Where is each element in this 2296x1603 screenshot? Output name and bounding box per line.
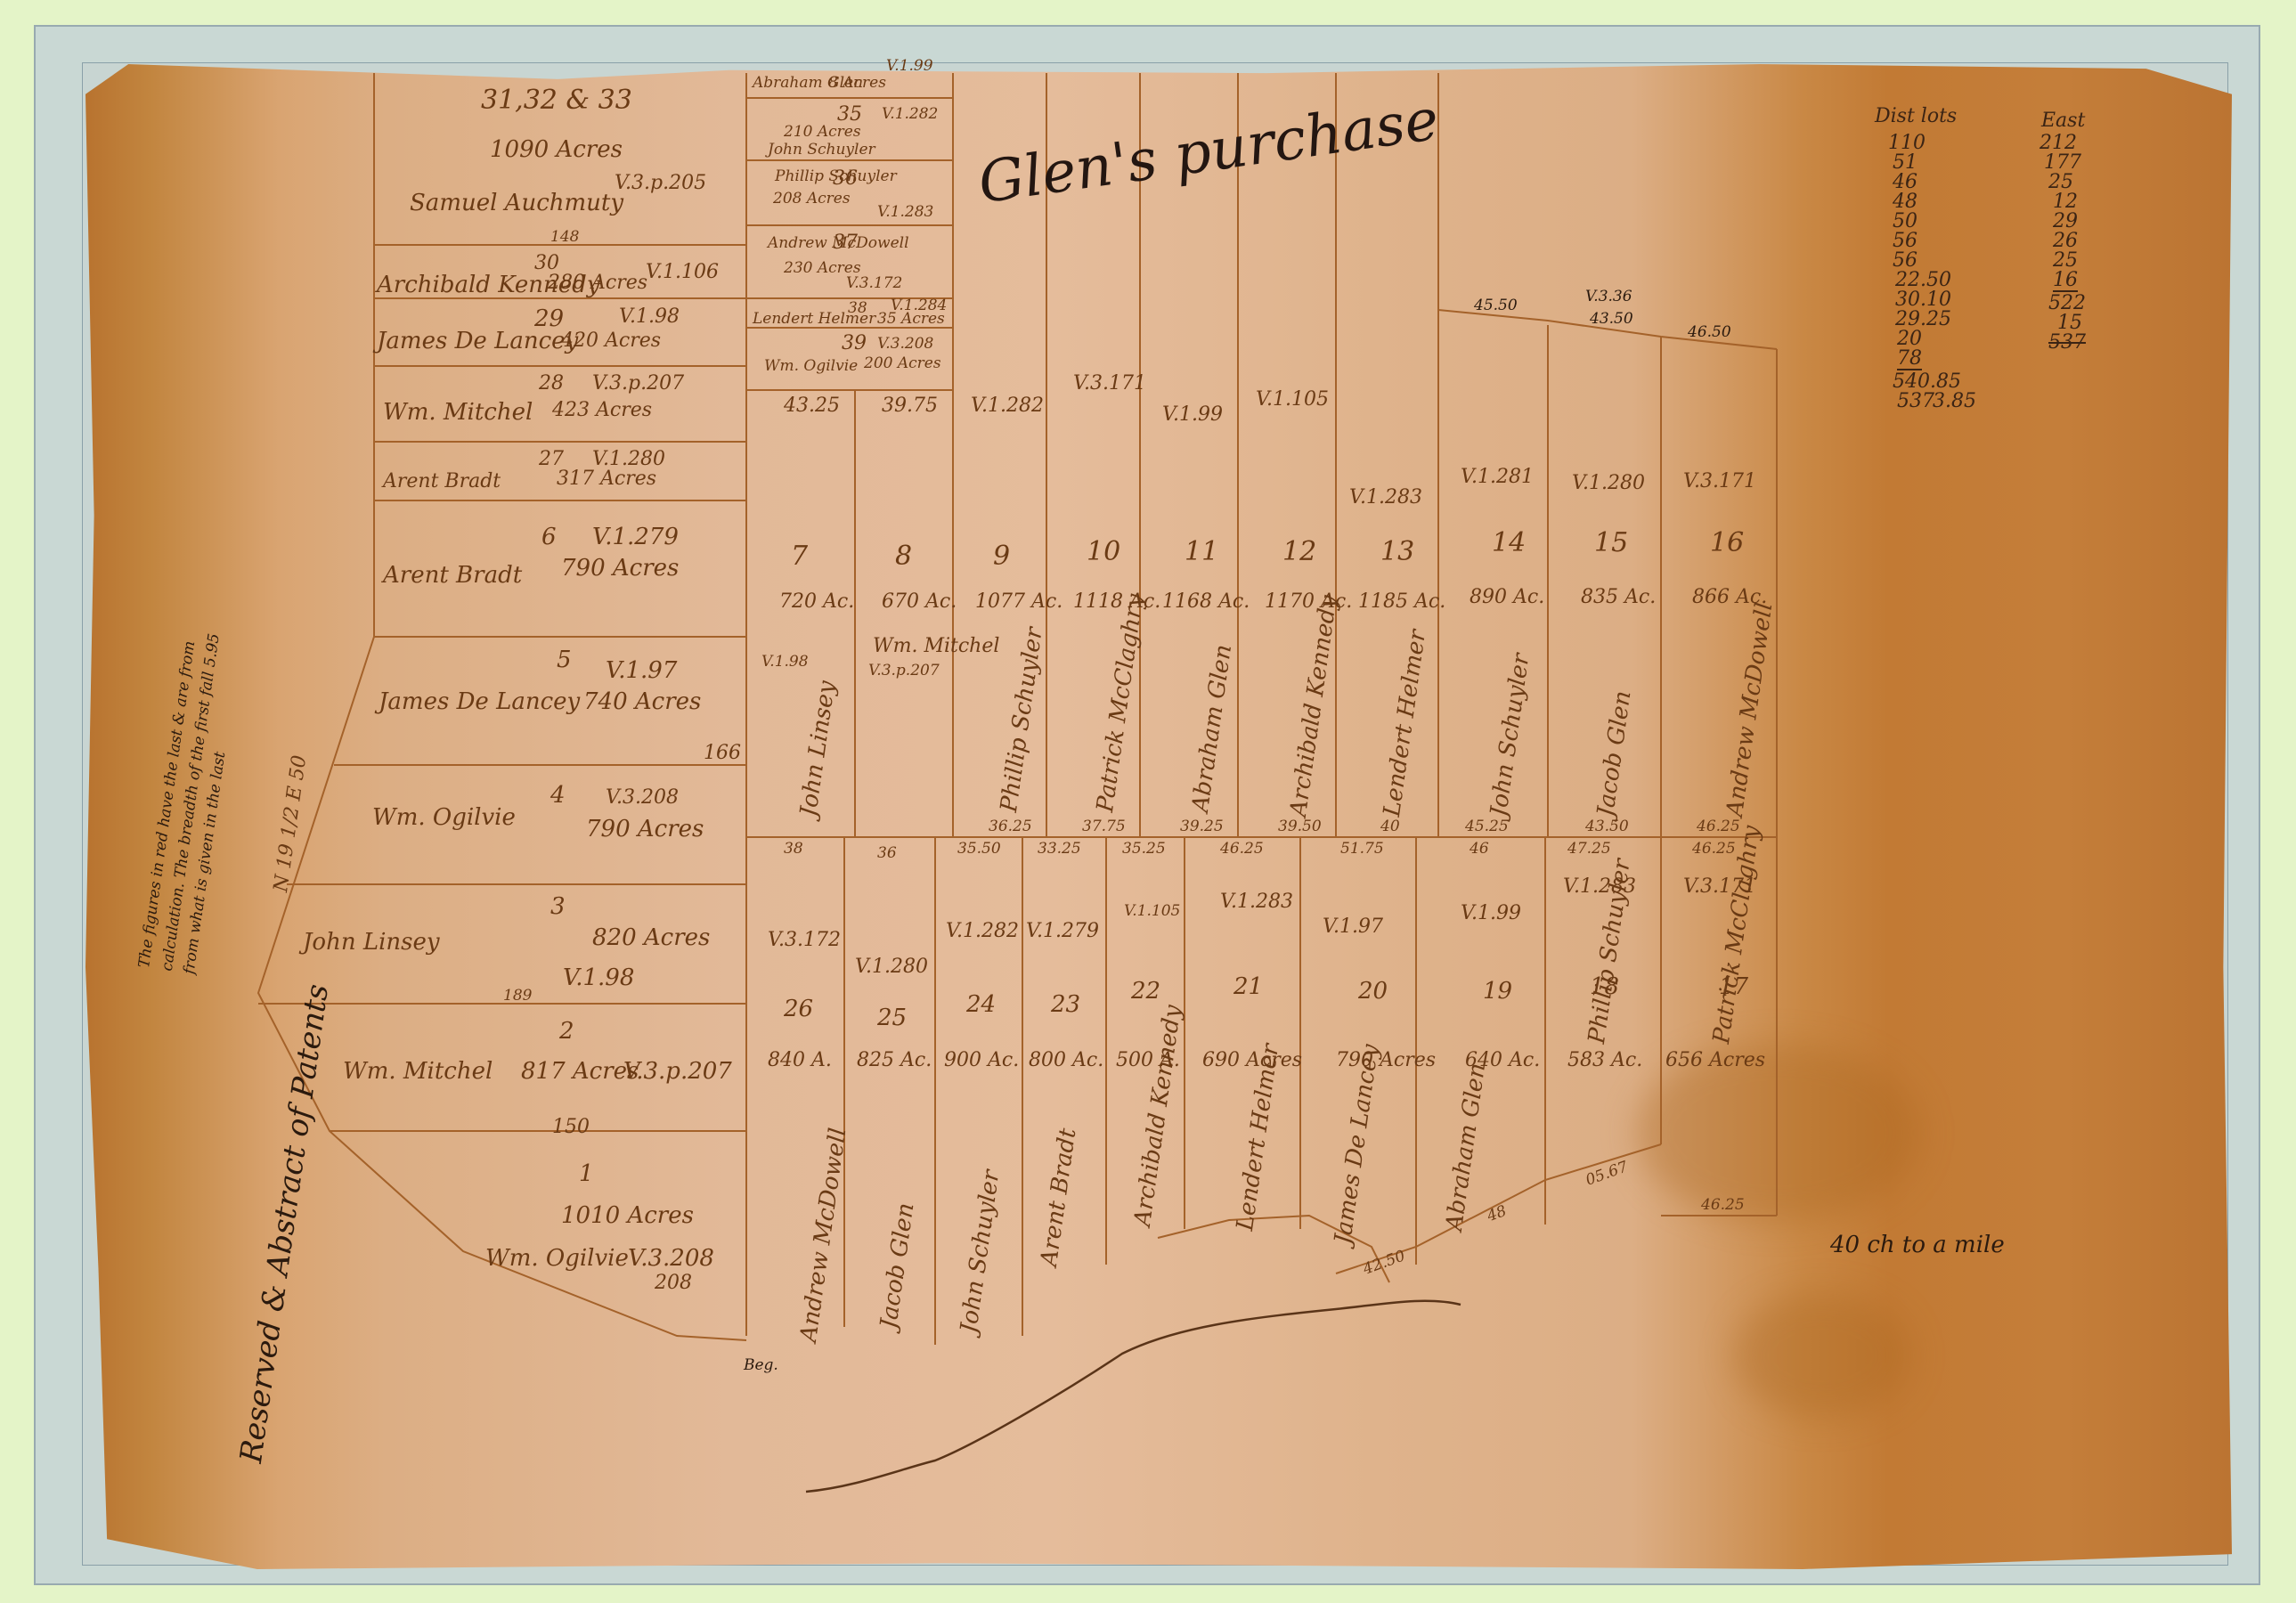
lot-ref: V.1.105: [1124, 904, 1180, 919]
lot-owner: James De Lancey: [379, 690, 580, 713]
lot-number: 2: [559, 1020, 574, 1043]
lot-side: 148: [550, 230, 579, 245]
tally-value: 56: [1893, 232, 1917, 251]
lot-ref: V.1.280: [855, 957, 928, 977]
lot-owner: Wm. Ogilvie: [372, 806, 516, 829]
lot-number: 5: [557, 648, 572, 671]
lot-width: 36: [877, 846, 897, 861]
lot-ref: V.1.281: [1461, 468, 1534, 487]
lot-acres: 720 Ac.: [779, 592, 854, 612]
lot-owner: John Schuyler: [768, 142, 875, 158]
lot-ref: V.3.208: [877, 337, 933, 352]
lot-owner: Wm. Mitchel: [873, 637, 999, 656]
lot-ref: V.3.p.207: [592, 374, 684, 394]
lot-number: 7: [791, 543, 808, 570]
lot-ref: V.1.283: [1220, 892, 1293, 912]
lot-number: 25: [877, 1006, 907, 1029]
lot-width: 36.25: [989, 819, 1032, 834]
lot-side: 189: [503, 989, 532, 1004]
tally-value: 537: [2048, 333, 2086, 353]
lot-owner: James De Lancey: [377, 330, 578, 353]
lot-ref: V.1.98: [761, 655, 809, 670]
lot-ref: V.1.280: [1572, 474, 1645, 493]
scale-note: 40 ch to a mile: [1830, 1233, 2005, 1257]
beginning-note: Beg.: [744, 1358, 778, 1373]
lot-ref: V.3.208: [628, 1247, 714, 1270]
lot-acres: 210 Acres: [784, 125, 861, 140]
lot-number: 10: [1087, 539, 1120, 566]
lot-ref: V.1.105: [1256, 390, 1329, 410]
survey-lines: [0, 0, 2296, 1603]
lot-width: 46.25: [1692, 842, 1736, 857]
lot-side: 166: [704, 744, 741, 763]
tally-value: 25: [2048, 173, 2073, 192]
lot-ref: V.1.283: [1349, 488, 1422, 508]
tally-value: 26: [2053, 232, 2078, 251]
lot-acres: 790 Acres: [586, 818, 704, 841]
lot-ref: V.3.171: [1073, 374, 1146, 394]
lot-owner: Andrew McDowell: [768, 236, 909, 251]
lot-acres: 790 Acres: [561, 557, 679, 580]
lot-number: 24: [966, 993, 996, 1016]
tally-header: Dist lots: [1875, 107, 1957, 126]
lot-width: 39.75: [882, 396, 938, 416]
lot-number: 39: [842, 334, 867, 354]
lot-owner: Wm. Ogilvie: [764, 359, 858, 374]
lot-number: 9: [993, 543, 1010, 570]
lot-width: 45.25: [1465, 819, 1509, 834]
tally-value: 177: [2044, 153, 2081, 173]
tally-value: 50: [1893, 212, 1917, 232]
lot-ref: V.1.97: [1323, 917, 1383, 937]
tally-value: 15: [2057, 313, 2082, 333]
tally-value: 212: [2040, 134, 2077, 153]
lot-owner: John Linsey: [303, 931, 440, 954]
lot-acres: 1185 Ac.: [1358, 592, 1445, 612]
lot-number: 13: [1380, 539, 1414, 566]
lot-number: 23: [1051, 993, 1080, 1016]
tally-value: 30.10: [1895, 290, 1951, 310]
lot-width: 38: [784, 842, 803, 857]
tally-value: 3.85: [1933, 392, 1976, 411]
lot-ref: V.1.98: [619, 307, 680, 327]
tally-sum: 540.85: [1893, 372, 1961, 392]
tally-value: 22.50: [1895, 271, 1951, 290]
lot-width: 43.25: [784, 396, 840, 416]
lot-width: 43.50: [1585, 819, 1629, 834]
lot-ref: V.1.99: [1162, 405, 1223, 425]
lot-acres: 817 Acres: [521, 1060, 639, 1083]
lot-width: 51.75: [1340, 842, 1384, 857]
lot-number: 8: [895, 543, 912, 570]
ne-top-ref: V.3.36: [1585, 289, 1632, 305]
lot-number: 22: [1131, 980, 1160, 1003]
ne-width: 46.50: [1688, 325, 1731, 340]
lot-number: 14: [1492, 530, 1526, 557]
lot-width: 46: [1470, 842, 1489, 857]
lot-acres: 656 Acres: [1665, 1051, 1765, 1070]
lot-owner: Wm. Mitchel: [383, 401, 533, 424]
lot-acres: 1010 Acres: [561, 1204, 694, 1227]
tally-value: 20: [1897, 330, 1922, 349]
lot-owner: Wm. Ogilvie: [485, 1247, 629, 1270]
lot-ref: V.3.172: [768, 931, 841, 950]
lot-acres: 900 Ac.: [944, 1051, 1019, 1070]
lot-ref: V.1.279: [1026, 922, 1099, 941]
lot-number: 15: [1594, 530, 1628, 557]
lot-number: 35: [837, 105, 862, 125]
tally-sum: 522: [2048, 294, 2086, 313]
lot-acres: 840 A.: [768, 1051, 832, 1070]
lot-ref: V.3.171: [1683, 472, 1756, 492]
lot-owner: Samuel Auchmuty: [410, 191, 623, 215]
lot-ref: V.1.282: [971, 396, 1044, 416]
lot-acres: 1077 Ac.: [975, 592, 1063, 612]
tally-value: 16: [2053, 271, 2078, 292]
lot-width: 35.25: [1122, 842, 1166, 857]
lot-width: 37.75: [1082, 819, 1126, 834]
lot-number: 16: [1710, 530, 1744, 557]
lot-number: 30: [534, 254, 559, 273]
lot-acres: 208 Acres: [773, 191, 851, 207]
lot-acres: 280 Acres: [548, 273, 647, 293]
lot-owner: Arent Bradt: [383, 472, 501, 492]
lot-acres: 583 Ac.: [1567, 1051, 1642, 1070]
tally-value: 12: [2053, 192, 2078, 212]
lot-acres: 1168 Ac.: [1162, 592, 1250, 612]
lot-ref: V.1.97: [606, 659, 677, 682]
lot-ref: V.3.p.205: [615, 174, 706, 193]
lot-owner: Arent Bradt: [383, 564, 522, 587]
lot-acres: 670 Ac.: [882, 592, 957, 612]
lot-ref: V.1.279: [592, 525, 679, 549]
lot-ref: V.3.p.207: [623, 1060, 732, 1083]
tally-value: 110: [1888, 134, 1926, 153]
lot-number: 21: [1233, 975, 1263, 998]
lot-ref: V.1.98: [563, 966, 634, 989]
lot-acres: 825 Ac.: [857, 1051, 932, 1070]
lot-number: 6: [541, 525, 557, 549]
creek-line: [806, 1301, 1461, 1492]
lot-acres: 8 Acres: [828, 76, 886, 91]
tally-value: 78: [1897, 349, 1922, 370]
lot-acres: 890 Ac.: [1470, 588, 1544, 607]
tally-value: 56: [1893, 251, 1917, 271]
lot-width: 33.25: [1038, 842, 1081, 857]
lot-width: 40: [1380, 819, 1400, 834]
lot-width: 46.25: [1697, 819, 1740, 834]
lot-ref: V.1.280: [592, 450, 665, 469]
lot-ref: V.1.282: [946, 922, 1019, 941]
lot-number: 27: [539, 450, 564, 469]
header-lot-numbers: 31,32 & 33: [481, 87, 632, 114]
lot-ref: V.3.172: [846, 276, 902, 291]
lot-acres: 690 Acres: [1202, 1051, 1302, 1070]
lot-width: 46.25: [1220, 842, 1264, 857]
lot-acres: 317 Acres: [557, 469, 656, 489]
tally-value: 48: [1893, 192, 1917, 212]
lot-number: 36: [833, 169, 858, 189]
lot-ref: V.1.99: [886, 59, 933, 74]
tally-value: 537: [1897, 392, 1934, 411]
lot-ref: V.1.282: [882, 107, 938, 122]
lot-acres: 423 Acres: [552, 401, 652, 420]
lot-acres: 835 Ac.: [1581, 588, 1656, 607]
lot-number: 4: [550, 784, 566, 807]
tally-value: 46: [1893, 173, 1917, 192]
lot-acres: 420 Acres: [561, 331, 661, 351]
lot-width: 47.25: [1567, 842, 1611, 857]
tally-value: 29: [2053, 212, 2078, 232]
ne-width: 45.50: [1474, 298, 1518, 313]
lot-acres: 200 Acres: [864, 356, 941, 371]
ne-width: 43.50: [1590, 312, 1633, 327]
lot-ref: V.3.208: [606, 788, 679, 808]
lot-acres: 800 Ac.: [1029, 1051, 1103, 1070]
lot-number: 20: [1358, 980, 1388, 1003]
tally-value: 29.25: [1895, 310, 1951, 330]
lot-acres: 790 Acres: [1336, 1051, 1436, 1070]
tally-header: East: [2041, 111, 2085, 131]
tally-value: 25: [2053, 251, 2078, 271]
lot-width: 39.25: [1180, 819, 1224, 834]
lot-owner: Lendert Helmer: [753, 312, 875, 327]
lot-number: 19: [1483, 980, 1512, 1003]
lot-number: 11: [1185, 539, 1218, 566]
lot-ref: V.1.106: [646, 263, 719, 282]
lot-side: 208: [655, 1273, 692, 1293]
lot-ref: V.3.p.207: [868, 663, 940, 679]
lot-number: 28: [539, 374, 564, 394]
lot-number: 3: [550, 895, 566, 918]
lot-number: 1: [579, 1162, 594, 1185]
lot-width: 39.50: [1278, 819, 1322, 834]
lot-acres: 740 Acres: [583, 690, 701, 713]
lot-owner: Wm. Mitchel: [343, 1060, 493, 1083]
south-bottom-width: 46.25: [1701, 1198, 1745, 1213]
lot-width: 35.50: [957, 842, 1001, 857]
lot-number: 12: [1282, 539, 1316, 566]
lot-ref: V.1.284: [891, 298, 947, 313]
lot-ref: V.1.283: [877, 205, 933, 220]
lot-acres: 1090 Acres: [490, 138, 623, 161]
lot-ref: V.1.99: [1461, 904, 1521, 924]
lot-acres: 820 Acres: [592, 926, 710, 949]
tally-value: 51: [1893, 153, 1917, 173]
lot-number: 26: [784, 997, 813, 1021]
lot-side: 150: [552, 1118, 590, 1137]
